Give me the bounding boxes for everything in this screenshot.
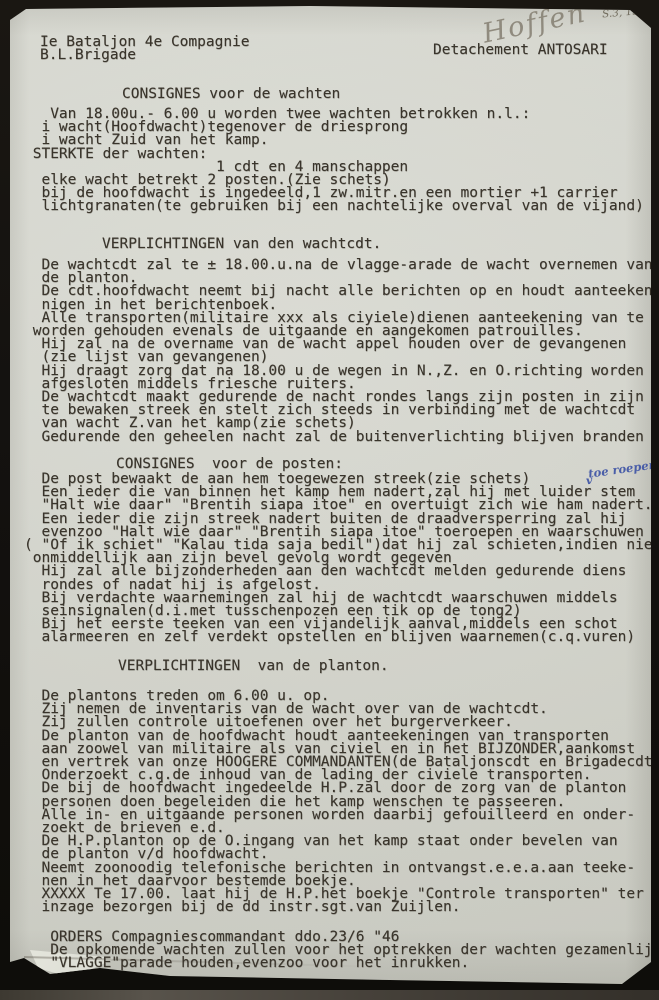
page-background: Ie Bataljon 4e Compagnie B.L.Brigade Det… [0,0,659,1000]
unit-designation: Ie Bataljon 4e Compagnie B.L.Brigade [40,36,250,62]
document-paper: Ie Bataljon 4e Compagnie B.L.Brigade Det… [10,6,651,988]
heading-consignes-wachten: CONSIGNES voor de wachten [122,88,340,101]
body-orders-compagniescommandant: ORDERS Compagniescommandant ddo.23/6 "46… [24,931,659,971]
body-verplichtingen-planton: De plantons treden om 6.00 u. op. Zij ne… [24,690,659,914]
heading-verplichtingen-wachtcdt: VERPLICHTINGEN van den wachtcdt. [102,238,381,251]
body-consignes-wachten: Van 18.00u.- 6.00 u worden twee wachten … [24,108,644,214]
body-consignes-posten: De post bewaakt de aan hem toegewezen st… [24,473,659,645]
heading-verplichtingen-planton: VERPLICHTINGEN van de planton. [118,660,389,673]
body-verplichtingen-wachtcdt: De wachtcdt zal te ± 18.00.u.na de vlagg… [24,259,659,444]
blue-ink-caret: v [585,474,593,488]
pencil-reference-number: S.3, 15443 [602,4,659,21]
scanner-bed-strip [0,990,659,1000]
heading-consignes-posten: CONSIGNES voor de posten: [116,458,343,471]
detachment-title: Detachement ANTOSARI [433,44,608,57]
